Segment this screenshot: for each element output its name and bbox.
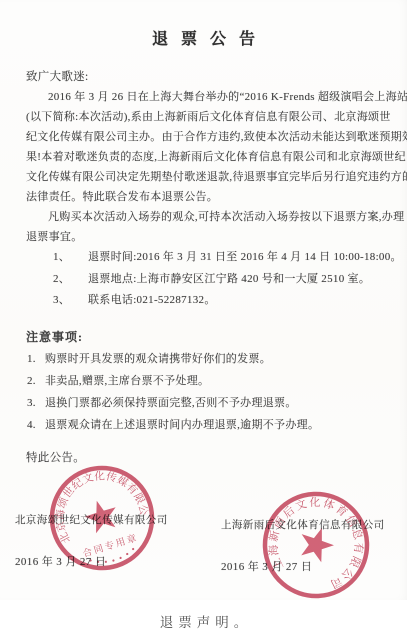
note-number: 2. [27, 370, 45, 392]
para1-line-3: 纪文化传媒有限公司主办。由于合作方违约,致使本次活动未能达到歌迷预期效 [26, 127, 389, 147]
image-caption: 退票声明。 [0, 611, 407, 631]
note-item-4: 4.退票观众请在上述退票时间内办理退票,逾期不予办理。 [27, 414, 407, 436]
para1-line-2: (以下简称:本次活动),系由上海新雨后文化体育信息有限公司、北京海颂世 [26, 107, 389, 127]
star-icon [295, 522, 338, 564]
note-text: 退票观众请在上述退票时间内办理退票,逾期不予办理。 [45, 419, 319, 431]
star-icon [81, 496, 121, 535]
page-title: 退票公告 [0, 0, 407, 50]
item-number: 3、 [53, 290, 88, 312]
refund-notice-page: 退票公告 致广大歌迷: 2016 年 3 月 26 日在上海大舞台举办的“201… [0, 0, 407, 637]
note-text: 退换门票都必须保持票面完整,否则不予办理退票。 [45, 397, 297, 409]
para1-line-6: 法律责任。特此联合发布本退票公告。 [26, 187, 389, 207]
para2-line-2: 退票事宜。 [26, 227, 389, 247]
note-number: 3. [27, 392, 45, 414]
para2-line-1: 凡购买本次活动入场券的观众,可持本次活动入场券按以下退票方案,办理 [26, 207, 389, 227]
para1-line-4: 果!本着对歌迷负责的态度,上海新雨后文化体育信息有限公司和北京海颂世纪 [26, 147, 389, 167]
item-number: 1、 [53, 247, 88, 269]
salutation: 致广大歌迷: [26, 67, 407, 87]
note-item-2: 2.非卖品,赠票,主席台票不予处理。 [27, 370, 407, 392]
item-text: 退票时间:2016 年 3 月 31 日至 2016 年 4 月 14 日 10… [88, 251, 402, 263]
note-number: 4. [27, 414, 45, 436]
note-item-3: 3.退换门票都必须保持票面完整,否则不予办理退票。 [27, 392, 407, 414]
refund-item-phone: 3、联系电话:021-52287132。 [53, 290, 407, 312]
item-text: 联系电话:021-52287132。 [88, 294, 216, 306]
document-body: 致广大歌迷: 2016 年 3 月 26 日在上海大舞台举办的“2016 K-F… [0, 67, 407, 468]
note-number: 1. [27, 348, 45, 370]
refund-item-time: 1、退票时间:2016 年 3 月 31 日至 2016 年 4 月 14 日 … [53, 247, 407, 269]
refund-item-location: 2、退票地点:上海市静安区江宁路 420 号和一大厦 2510 室。 [53, 269, 407, 291]
para1-line-1: 2016 年 3 月 26 日在上海大舞台举办的“2016 K-Frends 超… [26, 87, 389, 107]
note-text: 非卖品,赠票,主席台票不予处理。 [45, 375, 209, 387]
seal-bottom-text: 合同专用章 [81, 532, 140, 560]
item-number: 2、 [53, 269, 88, 291]
para1-line-5: 文化传媒有限公司决定先期垫付歌迷退款,待退票事宜完毕后另行追究违约方的 [26, 167, 389, 187]
note-text: 购票时开具发票的观众请携带好你们的发票。 [45, 353, 271, 365]
note-item-1: 1.购票时开具发票的观众请携带好你们的发票。 [27, 348, 407, 370]
notes-heading: 注意事项: [26, 327, 407, 348]
item-text: 退票地点:上海市静安区江宁路 420 号和一大厦 2510 室。 [88, 273, 370, 285]
